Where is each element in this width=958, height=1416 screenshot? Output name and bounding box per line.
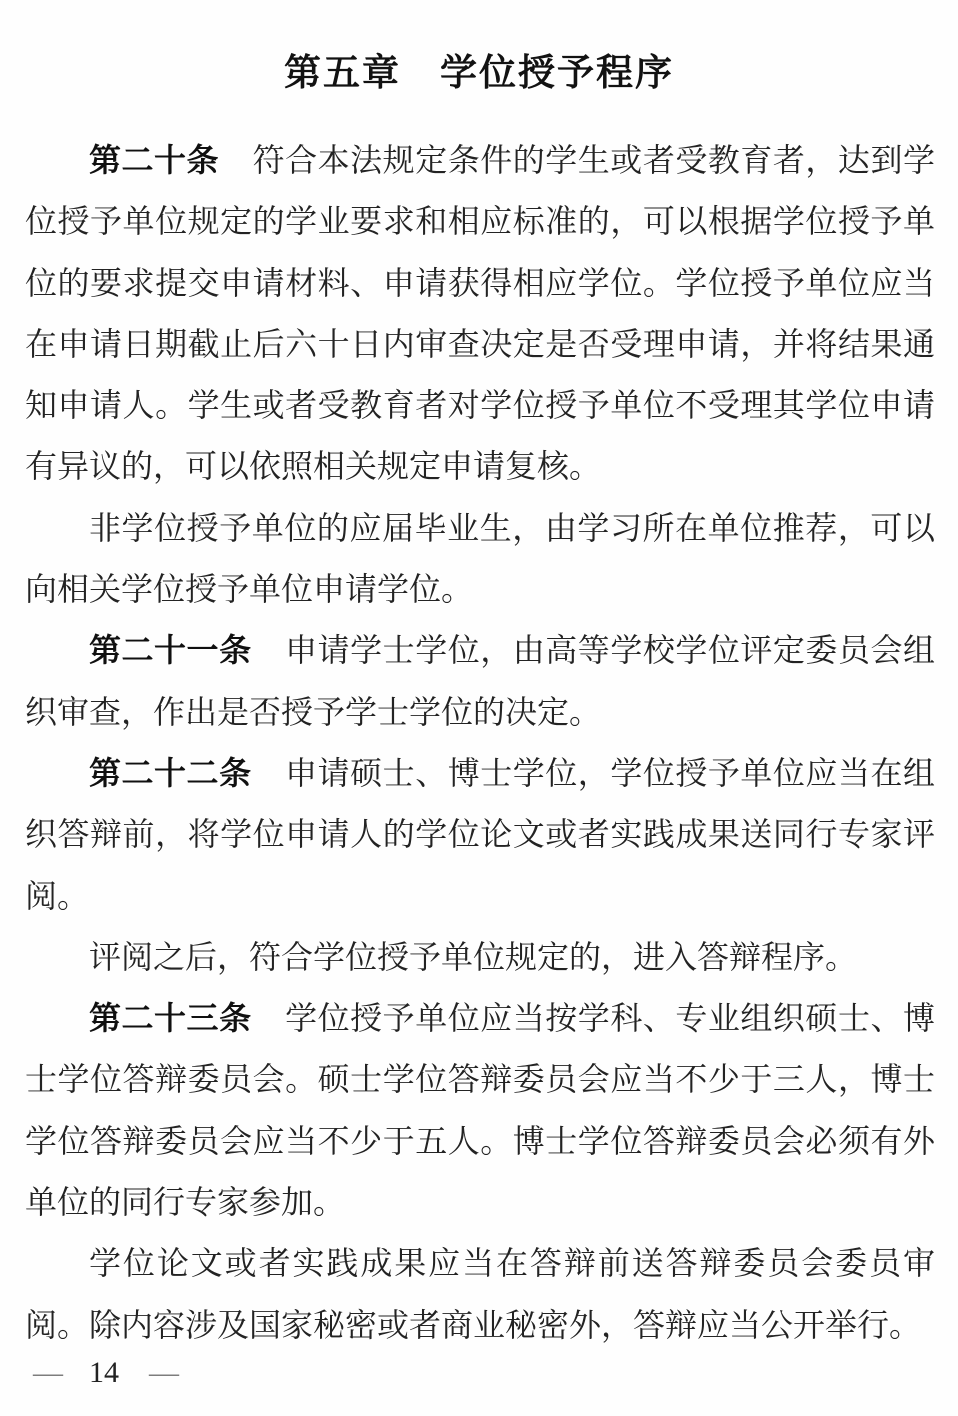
text-line: 第二十一条申请学士学位，由高等学校学位评定委员会组 (25, 620, 935, 681)
text-line: 位授予单位规定的学业要求和相应标准的，可以根据学位授予单 (25, 191, 935, 252)
text-line: 单位的同行专家参加。 (25, 1172, 935, 1233)
line-text: 学位授予单位应当按学科、专业组织硕士、博 (285, 1000, 935, 1036)
text-line: 知申请人。学生或者受教育者对学位授予单位不受理其学位申请 (25, 375, 935, 436)
text-line: 阅。除内容涉及国家秘密或者商业秘密外，答辩应当公开举行。 (25, 1295, 935, 1356)
text-line: 学位答辩委员会应当不少于五人。博士学位答辩委员会必须有外 (25, 1111, 935, 1172)
page-number: 14 (89, 1356, 119, 1389)
text-line: 织审查，作出是否授予学士学位的决定。 (25, 682, 935, 743)
text-line: 第二十条符合本法规定条件的学生或者受教育者，达到学 (25, 130, 935, 191)
page-footer: —14— (33, 1350, 179, 1395)
footer-dash-right: — (149, 1356, 179, 1389)
article-number: 第二十三条 (89, 1000, 252, 1036)
line-text: 符合本法规定条件的学生或者受教育者，达到学 (252, 142, 935, 178)
text-line: 士学位答辩委员会。硕士学位答辩委员会应当不少于三人，博士 (25, 1049, 935, 1110)
text-line: 第二十三条学位授予单位应当按学科、专业组织硕士、博 (25, 988, 935, 1049)
text-line: 第二十二条申请硕士、博士学位，学位授予单位应当在组 (25, 743, 935, 804)
document-page: 第五章 学位授予程序 第二十条符合本法规定条件的学生或者受教育者，达到学位授予单… (0, 0, 958, 1416)
text-line: 学位论文或者实践成果应当在答辩前送答辩委员会委员审 (25, 1233, 935, 1294)
body-block: 第二十条符合本法规定条件的学生或者受教育者，达到学位授予单位规定的学业要求和相应… (25, 130, 935, 1356)
article-number: 第二十二条 (89, 755, 252, 791)
text-line: 位的要求提交申请材料、申请获得相应学位。学位授予单位应当 (25, 253, 935, 314)
line-text: 申请硕士、博士学位，学位授予单位应当在组 (285, 755, 935, 791)
text-line: 有异议的，可以依照相关规定申请复核。 (25, 436, 935, 497)
article-number: 第二十条 (89, 142, 219, 178)
text-line: 织答辩前，将学位申请人的学位论文或者实践成果送同行专家评 (25, 804, 935, 865)
text-line: 评阅之后，符合学位授予单位规定的，进入答辩程序。 (25, 927, 935, 988)
text-line: 非学位授予单位的应届毕业生，由学习所在单位推荐，可以 (25, 498, 935, 559)
article-number: 第二十一条 (89, 632, 252, 668)
line-text: 申请学士学位，由高等学校学位评定委员会组 (285, 632, 935, 668)
chapter-title: 第五章 学位授予程序 (0, 42, 958, 96)
text-line: 向相关学位授予单位申请学位。 (25, 559, 935, 620)
text-line: 阅。 (25, 866, 935, 927)
text-line: 在申请日期截止后六十日内审查决定是否受理申请，并将结果通 (25, 314, 935, 375)
footer-dash-left: — (33, 1356, 63, 1389)
